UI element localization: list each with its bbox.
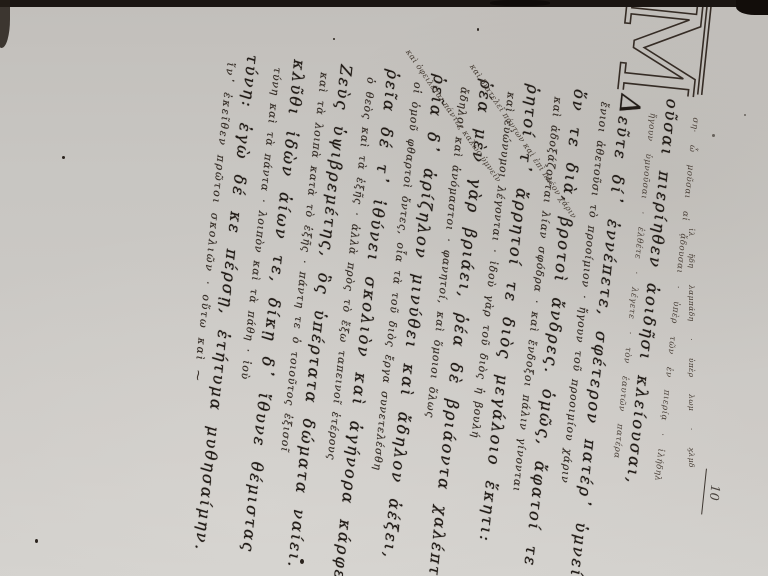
text-lines: ση· ὦ μοῦσαι αἱ ᾄδουσαι · ὑπὲρ τῶν ἐν πι… (178, 52, 705, 546)
ink-speck (35, 539, 38, 543)
ink-speck (477, 28, 479, 31)
initial-glyph: M (612, 0, 720, 99)
photo-edge-smudge (490, 0, 550, 6)
rotated-text-area: M ση· ὦ μοῦσαι αἱ ᾄδουσαι · ὑπὲρ τῶν ἐν … (168, 54, 698, 544)
photo-frame: M ση· ὦ μοῦσαι αἱ ᾄδουσαι · ὑπὲρ τῶν ἐν … (0, 0, 768, 576)
photo-border-top (0, 0, 768, 7)
ink-speck (744, 114, 746, 116)
folio-number: 10 (701, 469, 725, 517)
initial-letter-m: M (612, 0, 720, 99)
manuscript-text-block: M ση· ὦ μοῦσαι αἱ ᾄδουσαι · ὑπὲρ τῶν ἐν … (161, 50, 705, 546)
ink-speck (62, 156, 65, 159)
manuscript-page: M ση· ὦ μοῦσαι αἱ ᾄδουσαι · ὑπὲρ τῶν ἐν … (0, 6, 768, 576)
margin-note: ἰλ ἤδη λαμπάδη · ὑπὲρ λωμ · ϗλμδ (686, 228, 696, 468)
ink-speck (300, 559, 304, 564)
ink-speck (712, 134, 715, 137)
ink-speck (333, 38, 335, 40)
